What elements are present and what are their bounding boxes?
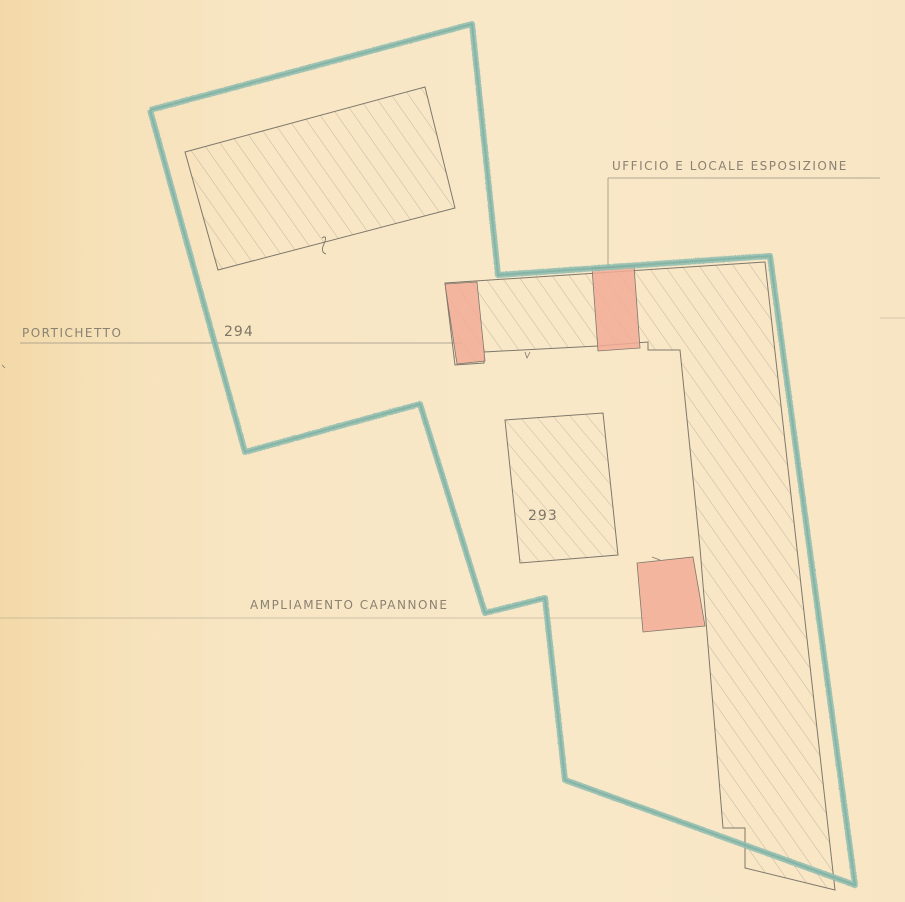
- building-294: [185, 87, 455, 270]
- ufficio-addition: [592, 266, 640, 351]
- label-portichetto: PORTICHETTO: [22, 326, 122, 340]
- lot-number-294: 294: [224, 324, 254, 340]
- site-plan-sheet: UFFICIO E LOCALE ESPOSIZIONE PORTICHETTO…: [0, 0, 905, 902]
- ampliamento-addition: [637, 557, 705, 632]
- building-293: [505, 413, 618, 563]
- label-ampliamento-capannone: AMPLIAMENTO CAPANNONE: [250, 598, 448, 612]
- ampliamento-tick: [652, 557, 660, 560]
- pencil-marks: [2, 352, 530, 368]
- lot-number-293: 293: [528, 508, 558, 524]
- label-ufficio-locale-esposizione: UFFICIO E LOCALE ESPOSIZIONE: [612, 159, 848, 173]
- site-plan-drawing: [0, 0, 905, 902]
